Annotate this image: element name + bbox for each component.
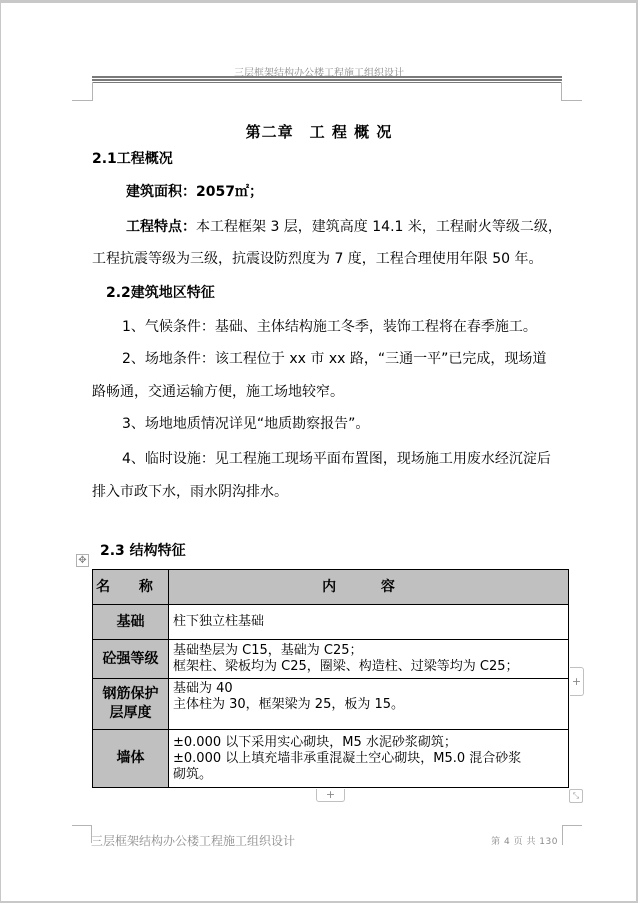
cell-line: 主体柱为 30，框架梁为 25，板为 15。 (173, 697, 568, 713)
crop-mark-bottom-right (562, 825, 563, 845)
row-content-cell[interactable]: 基础为 40 主体柱为 30，框架梁为 25，板为 15。 (169, 679, 569, 730)
cell-line: ±0.000 以上填充墙非承重混凝土空心砌块，M5.0 混合砂浆 (173, 751, 568, 767)
section-heading-2-2: 2.2建筑地区特征 (106, 282, 215, 302)
table-header-row: 名 称 内 容 (93, 570, 569, 605)
cell-line: 基础垫层为 C15，基础为 C25； (173, 643, 568, 659)
paragraph-geology: 3、场地地质情况详见“地质勘察报告”。 (122, 413, 369, 433)
add-row-button[interactable]: + (316, 789, 345, 802)
row-name-cell[interactable]: 基础 (93, 605, 169, 640)
crop-mark-bottom-right (562, 825, 582, 826)
features-line-2: 工程抗震等级为三级，抗震设防烈度为 7 度，工程合理使用年限 50 年。 (92, 248, 543, 268)
section-heading-2-1: 2.1工程概况 (92, 148, 173, 168)
features-line-1: 工程特点：本工程框架 3 层，建筑高度 14.1 米，工程耐火等级二级， (126, 216, 562, 236)
table-row: 墙体 ±0.000 以下采用实心砌块，M5 水泥砂浆砌筑； ±0.000 以上填… (93, 730, 569, 788)
cell-line: 层厚度 (93, 704, 168, 723)
row-content-cell[interactable]: ±0.000 以下采用实心砌块，M5 水泥砂浆砌筑； ±0.000 以上填充墙非… (169, 730, 569, 788)
crop-mark-top-left (92, 82, 93, 101)
table-resize-handle-icon[interactable]: ⤡ (569, 789, 583, 803)
table-row: 钢筋保护 层厚度 基础为 40 主体柱为 30，框架梁为 25，板为 15。 (93, 679, 569, 730)
row-name-cell[interactable]: 砼强等级 (93, 640, 169, 679)
paragraph-temporary-facilities-cont: 排入市政下水，雨水阴沟排水。 (92, 481, 288, 501)
crop-mark-bottom-left (72, 825, 92, 826)
row-name-cell[interactable]: 墙体 (93, 730, 169, 788)
row-content-cell[interactable]: 基础垫层为 C15，基础为 C25； 框架柱、梁板均为 C25，圈梁、构造柱、过… (169, 640, 569, 679)
cell-line: 柱下独立柱基础 (173, 614, 568, 630)
building-area-value: 2057㎡； (196, 184, 263, 200)
cell-line: 钢筋保护 (93, 685, 168, 704)
header-cell-content[interactable]: 内 容 (169, 570, 569, 605)
building-area-line: 建筑面积：2057㎡； (126, 181, 263, 201)
table-row: 砼强等级 基础垫层为 C15，基础为 C25； 框架柱、梁板均为 C25，圈梁、… (93, 640, 569, 679)
add-column-button[interactable]: + (570, 667, 584, 696)
crop-mark-top-left (72, 100, 93, 101)
features-label: 工程特点： (126, 219, 196, 235)
row-name-cell[interactable]: 钢筋保护 层厚度 (93, 679, 169, 730)
crop-mark-top-right (561, 100, 582, 101)
cell-line: 基础为 40 (173, 681, 568, 697)
header-cell-name[interactable]: 名 称 (93, 570, 169, 605)
paragraph-climate: 1、气候条件：基础、主体结构施工冬季，装饰工程将在春季施工。 (122, 316, 537, 336)
row-content-cell[interactable]: 柱下独立柱基础 (169, 605, 569, 640)
features-text: 本工程框架 3 层，建筑高度 14.1 米，工程耐火等级二级， (196, 219, 562, 235)
page-number: 第 4 页 共 130 (458, 834, 558, 847)
cell-line: 框架柱、梁板均为 C25，圈梁、构造柱、过梁等均为 C25； (173, 659, 568, 675)
table-move-handle-icon[interactable]: ✥ (76, 554, 89, 567)
cell-line: ±0.000 以下采用实心砌块，M5 水泥砂浆砌筑； (173, 735, 568, 751)
paragraph-site-conditions-cont: 路畅通，交通运输方便，施工场地较窄。 (92, 381, 344, 401)
header-rule (92, 76, 562, 78)
crop-mark-top-right (561, 82, 562, 101)
cell-line: 砌筑。 (173, 767, 568, 783)
structure-table: 名 称 内 容 基础 柱下独立柱基础 砼强等级 基础垫层为 C15，基础为 C2… (92, 569, 569, 788)
table-row: 基础 柱下独立柱基础 (93, 605, 569, 640)
paragraph-site-conditions: 2、场地条件：该工程位于 xx 市 xx 路，“三通一平”已完成，现场道 (122, 348, 546, 368)
header-rule (92, 82, 562, 83)
header-rule (92, 79, 562, 81)
section-heading-2-3: 2.3 结构特征 (100, 540, 186, 560)
chapter-title: 第二章 工 程 概 况 (0, 121, 638, 142)
page-footer-title: 三层框架结构办公楼工程施工组织设计 (91, 832, 295, 849)
paragraph-temporary-facilities: 4、临时设施：见工程施工现场平面布置图，现场施工用废水经沉淀后 (122, 448, 551, 468)
building-area-label: 建筑面积： (126, 184, 196, 200)
